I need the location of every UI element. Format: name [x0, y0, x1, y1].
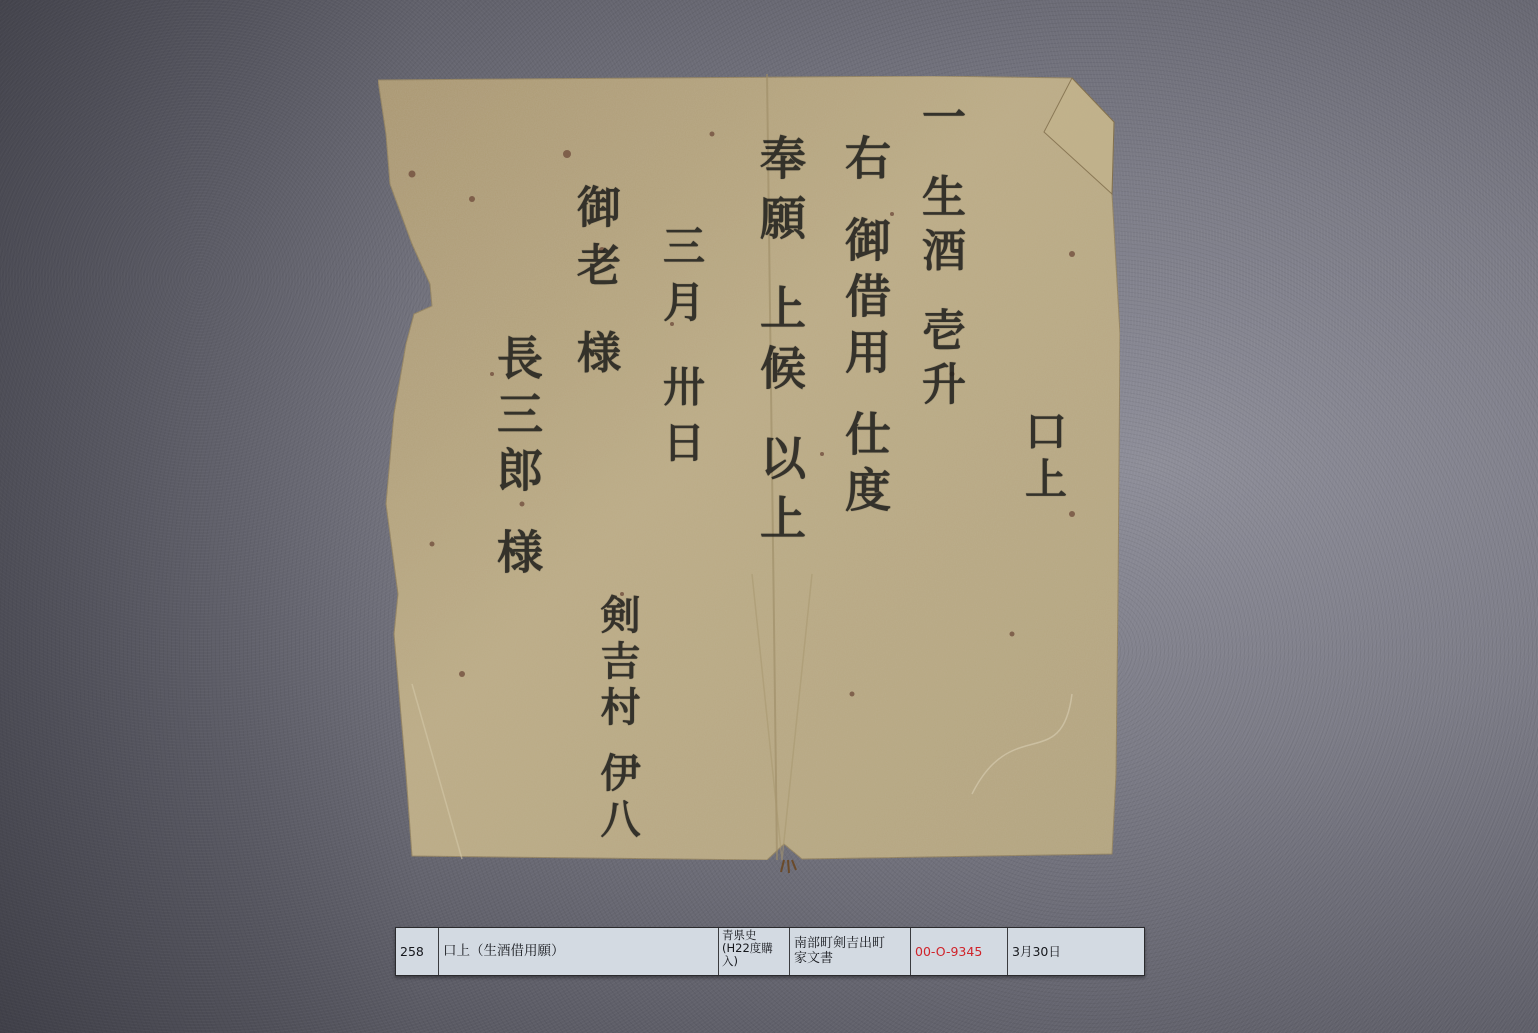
- calligraphy-column-4: 奉願 上候 以上: [757, 134, 803, 554]
- archive-label: 258 口上（生酒借用願） 青県史 (H22度購 入) 南部町剣吉出町 家文書 …: [395, 927, 1145, 976]
- label-item-number: 258: [396, 928, 439, 975]
- label-source: 青県史 (H22度購 入): [719, 928, 790, 975]
- calligraphy-column-1: 口上: [1022, 409, 1064, 505]
- calligraphy-column-8: 長三郎 様: [494, 334, 540, 584]
- historical-document: 口上 一 生酒 壱升 右 御借用 仕度 奉願 上候 以上 三月 卅日 剣吉村 伊…: [372, 74, 1132, 866]
- calligraphy-column-3: 右 御借用 仕度: [842, 134, 888, 522]
- label-catalog-id: 00-O-9345: [911, 928, 1008, 975]
- background-shadow: [0, 0, 420, 1033]
- label-document-title: 口上（生酒借用願）: [439, 928, 719, 975]
- calligraphy-column-7: 御老 様: [572, 184, 616, 387]
- label-date: 3月30日: [1008, 928, 1144, 975]
- label-collection: 南部町剣吉出町 家文書: [790, 928, 911, 975]
- calligraphy-column-5: 三月 卅日: [660, 224, 702, 477]
- calligraphy-column-2: 一 生酒 壱升: [917, 94, 961, 415]
- calligraphy-column-6: 剣吉村 伊八: [597, 594, 637, 844]
- paper-sheet: [372, 74, 1132, 874]
